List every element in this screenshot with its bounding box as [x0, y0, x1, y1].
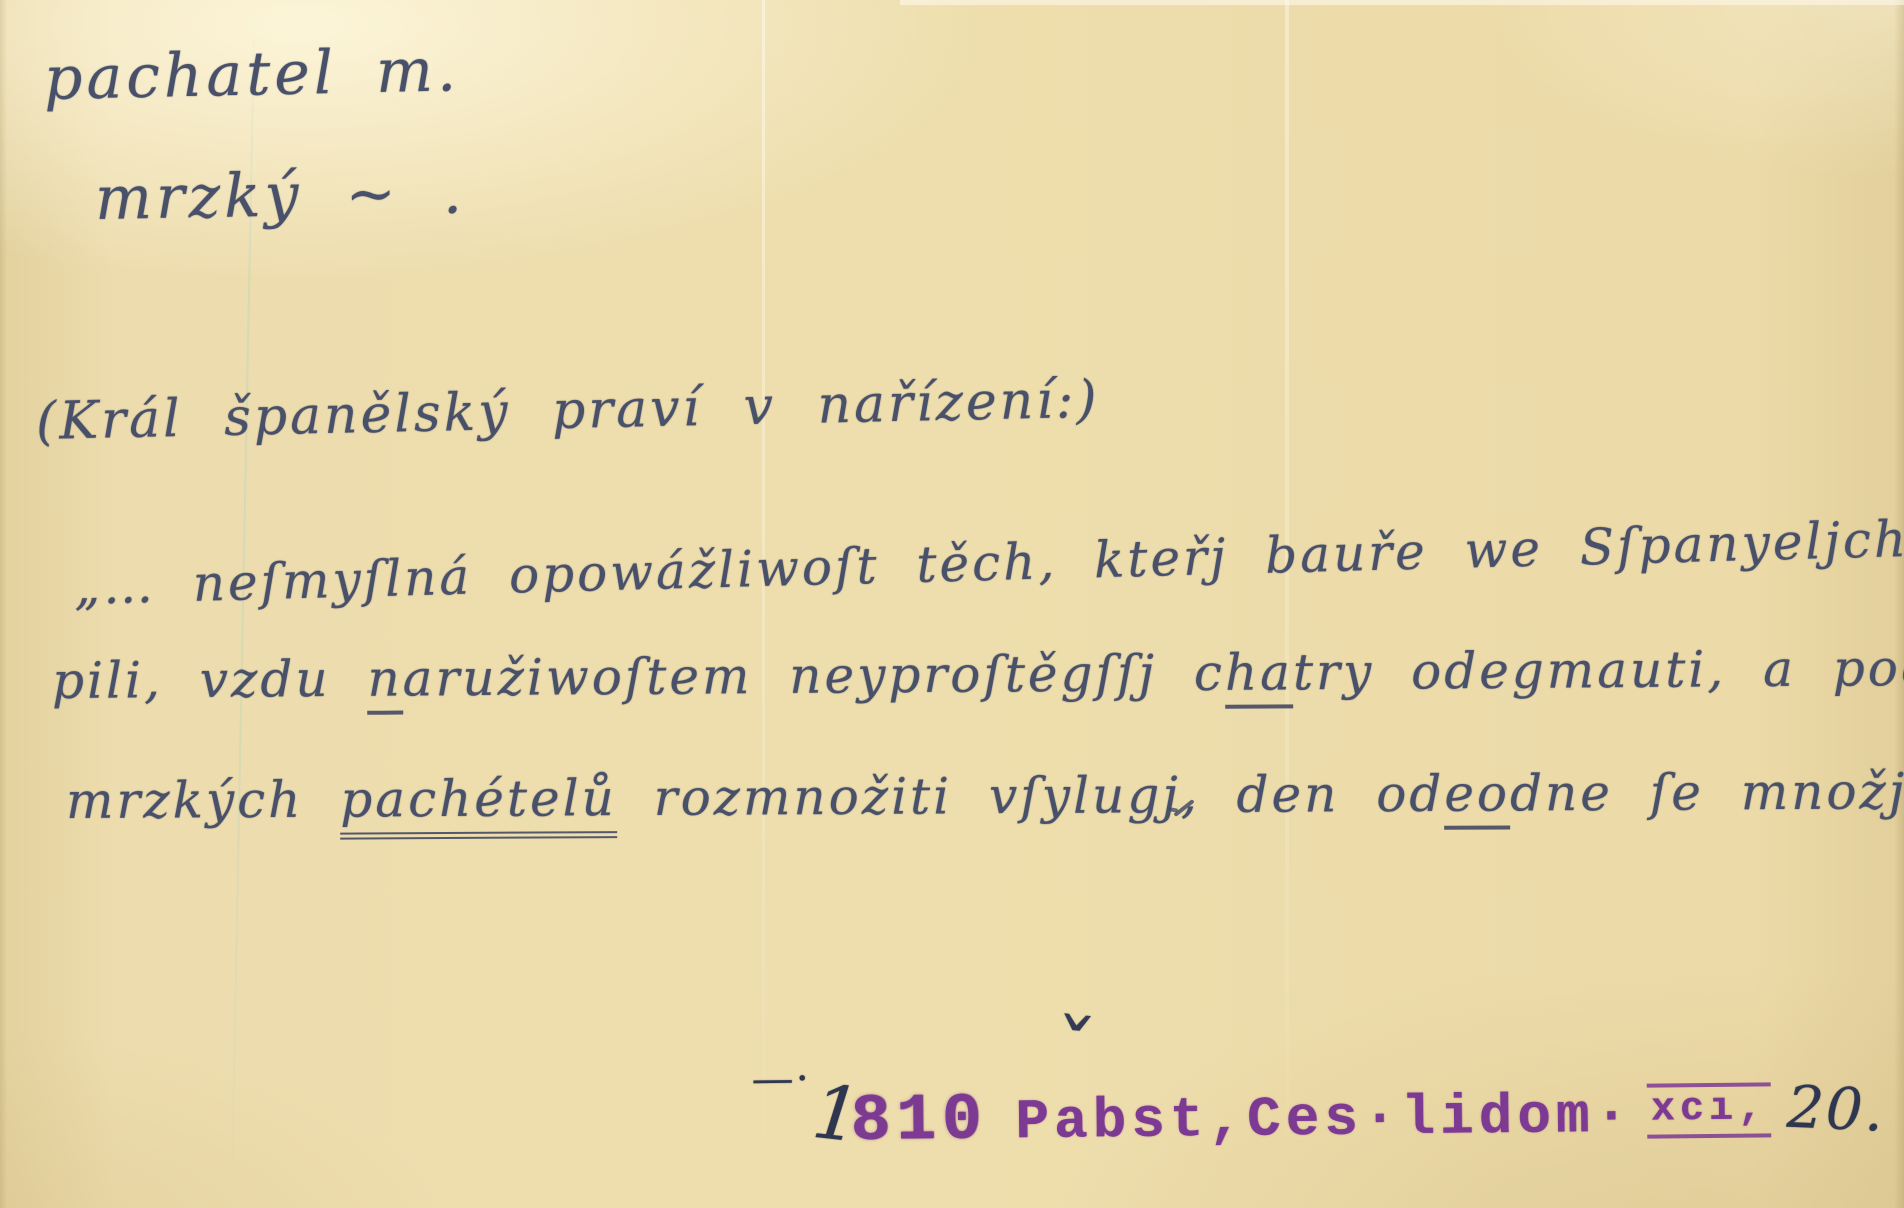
paper-edge-left	[0, 0, 7, 1208]
variant-note: mrzký ~ .	[94, 158, 466, 234]
quote-line-1: „… neſmyſlná opowážliwoſt těch, kteřj ba…	[73, 505, 1904, 616]
quote-line-2: pili, vzdu naružiwoſtem neyproſtěgſſj ch…	[52, 638, 1904, 710]
stamp-source: Pabst,Ces·lidom·	[1015, 1084, 1633, 1154]
quote-line-3: mrzkých pachételů rozmnožiti vſylugj, de…	[66, 762, 1904, 830]
quote-line-2-post: try odegmauti, a počet	[1293, 638, 1904, 701]
stamp-number: 810	[850, 1083, 988, 1159]
quote-line-2-mid: aružiwoſtem neyproſtěgſſj c	[402, 644, 1225, 708]
paper-crease-right	[1285, 0, 1289, 1208]
handwritten-digit: 1	[809, 1069, 865, 1160]
quote-line-3-pre: mrzkých	[66, 771, 341, 830]
paper-edge-top	[900, 0, 1904, 5]
paper-edge-right	[1894, 0, 1904, 1208]
quote-line-2-pre: pili, vzdu	[52, 650, 368, 710]
index-card: pachatel m. mrzký ~ . (Král španělský pr…	[0, 0, 1904, 1208]
source-intro: (Král španělský praví v nařízení:)	[35, 370, 1100, 452]
quote-line-2-underline-2: ha	[1225, 643, 1293, 708]
paper-crease-middle	[762, 0, 765, 1208]
ink-dash-mark: —·	[751, 1053, 811, 1103]
handwritten-page: 20.	[1786, 1073, 1887, 1145]
quote-line-3-underline-2: eo	[1444, 764, 1510, 829]
quote-line-3-mid: rozmnožiti vſylugj, den od	[617, 765, 1445, 827]
quote-line-2-underline-1: n	[367, 650, 403, 715]
stamp-volume: xcı,	[1647, 1082, 1772, 1138]
quote-line-3-post: dne ſe množj; …	[1510, 762, 1904, 823]
headword: pachatel m.	[43, 35, 460, 114]
citation-stamp: —· 1 810 Pabst,Ces·lidom· xcı, 20.	[752, 1060, 1886, 1160]
quote-line-3-underline-1: pachételů	[340, 769, 617, 839]
